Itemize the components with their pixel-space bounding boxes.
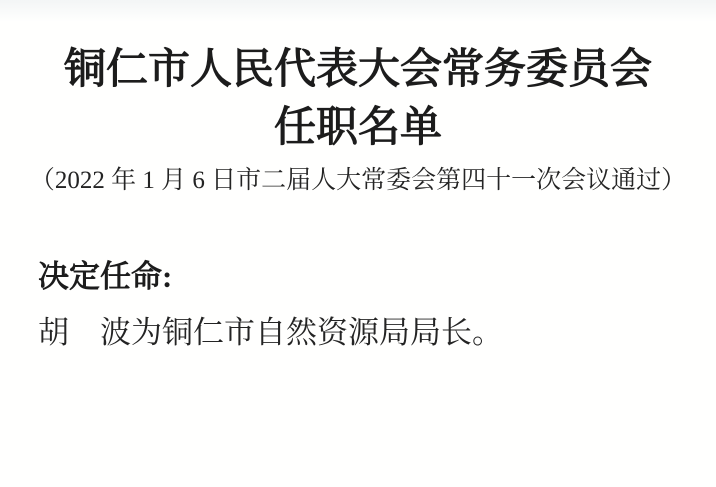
appointment-entry: 胡 波为铜仁市自然资源局局长。 <box>38 313 716 353</box>
scan-edge-shade <box>0 0 716 22</box>
document-title: 铜仁市人民代表大会常务委员会 任职名单 <box>18 40 698 156</box>
document-title-line1: 铜仁市人民代表大会常务委员会 <box>18 40 698 98</box>
meeting-adoption-note: （2022 年 1 月 6 日市二届人大常委会第四十一次会议通过） <box>6 164 710 198</box>
decision-heading: 决定任命: <box>38 258 716 296</box>
document-title-line2: 任职名单 <box>18 98 698 156</box>
document-page: 铜仁市人民代表大会常务委员会 任职名单 （2022 年 1 月 6 日市二届人大… <box>0 0 716 487</box>
